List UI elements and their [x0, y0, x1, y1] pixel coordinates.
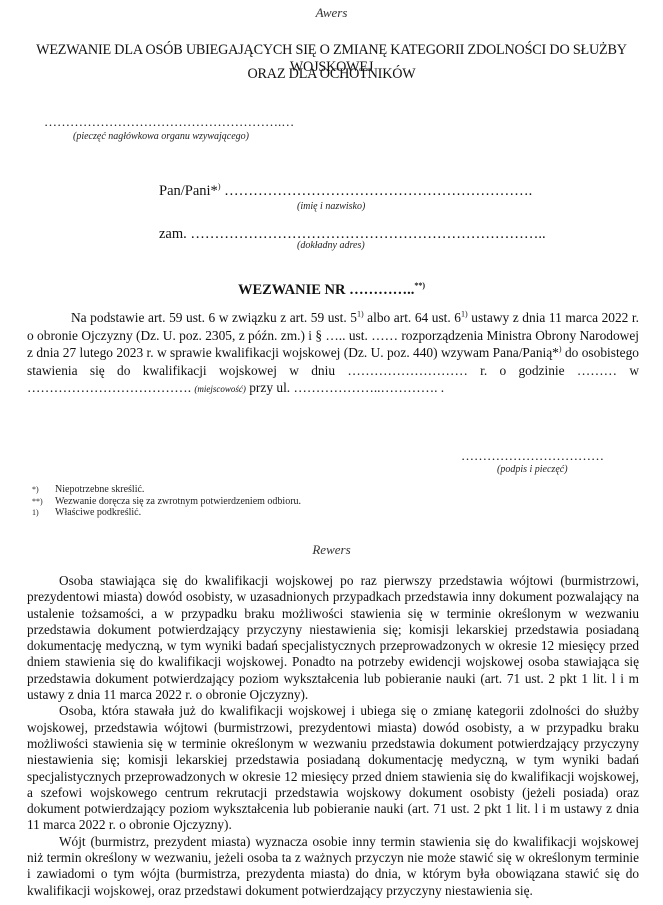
name-caption: (imię i nazwisko) [297, 201, 365, 212]
stamp-field[interactable]: ……………………………………………….… [44, 114, 294, 130]
stamp-caption: (pieczęć nagłówkowa organu wzywającego) [73, 131, 249, 142]
awers-label: Awers [0, 5, 663, 21]
name-label: Pan/Pani* [159, 183, 218, 199]
footnote-1: *)Niepotrzebne skreślić. [32, 484, 301, 496]
name-field[interactable]: ………………………………………………………. [224, 183, 532, 199]
summons-body: Na podstawie art. 59 ust. 6 w związku z … [27, 309, 639, 399]
address-label: zam. [159, 226, 187, 242]
signature-field[interactable]: …………………………… [461, 448, 604, 464]
name-label-footnote-mark: ) [218, 182, 221, 191]
rewers-paragraph: Wójt (burmistrz, prezydent miasta) wyzna… [27, 834, 639, 899]
rewers-paragraph: Osoba stawiająca się do kwalifikacji woj… [27, 573, 639, 703]
place-caption: (miejscowość) [194, 384, 246, 394]
summons-heading: WEZWANIE NR …………..**) [0, 282, 663, 299]
rewers-body: Osoba stawiająca się do kwalifikacji woj… [27, 573, 639, 899]
address-field[interactable]: ……………………………………………………………….. [190, 226, 545, 242]
signature-caption: (podpis i pieczęć) [497, 464, 568, 475]
rewers-paragraph: Osoba, która stawała już do kwalifikacji… [27, 703, 639, 833]
summons-heading-footnote-mark: **) [414, 281, 425, 290]
rewers-label: Rewers [0, 542, 663, 558]
summons-number-field[interactable]: WEZWANIE NR ………….. [238, 282, 414, 298]
name-row: Pan/Pani*) ………………………………………………………. [159, 183, 532, 200]
street-field[interactable]: przy ul. ………………..…………. . [246, 380, 444, 395]
footnote-3: 1)Właściwe podkreślić. [32, 507, 301, 519]
footnote-2: **)Wezwanie doręcza się za zwrotnym potw… [32, 496, 301, 508]
footnotes: *)Niepotrzebne skreślić. **)Wezwanie dor… [32, 484, 301, 519]
address-caption: (dokładny adres) [297, 240, 365, 251]
document-title-line2: ORAZ DLA OCHOTNIKÓW [0, 66, 663, 83]
